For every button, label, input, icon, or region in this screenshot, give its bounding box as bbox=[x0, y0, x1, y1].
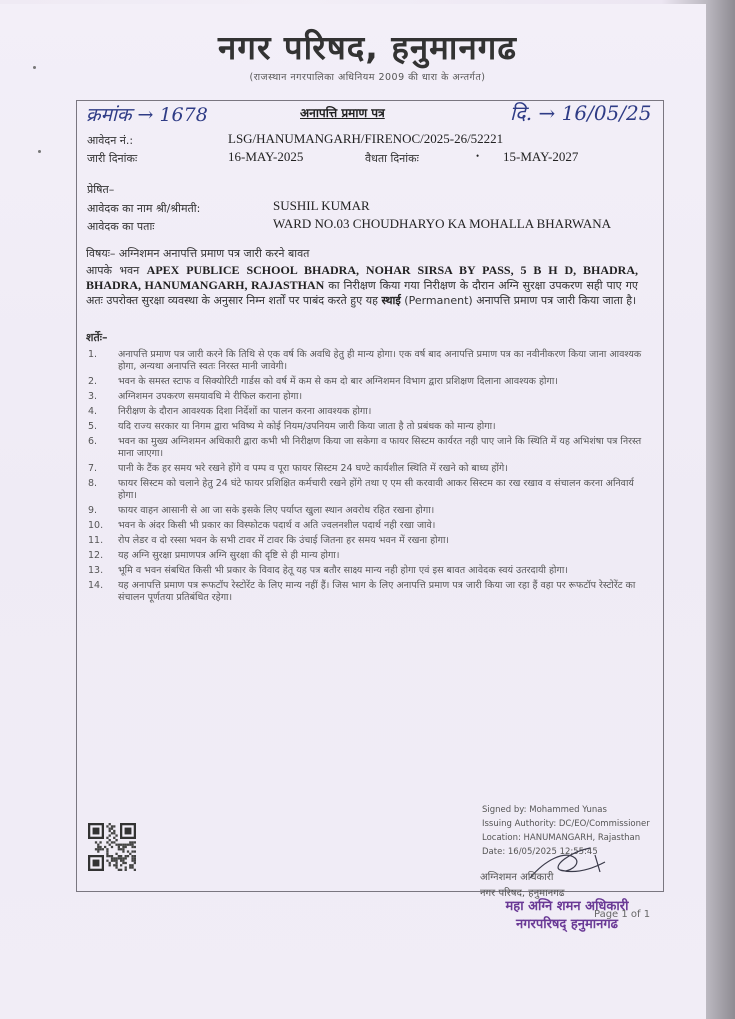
condition-text: भवन के समस्त स्टाफ व सिक्योरिटी गार्डस क… bbox=[118, 376, 646, 388]
issue-date: 16-MAY-2025 bbox=[228, 149, 303, 165]
condition-text: यह अग्नि सुरक्षा प्रमाणपत्र अग्नि सुरक्ष… bbox=[118, 550, 646, 562]
conditions-heading: शर्तेः– bbox=[86, 330, 646, 345]
condition-number: 4. bbox=[86, 406, 118, 418]
condition-text: भूमि व भवन संबधित किसी भी प्रकार के विवा… bbox=[118, 565, 646, 577]
condition-item: 7.पानी के टैंक हर समय भरे रखने होंगे व प… bbox=[86, 463, 646, 475]
condition-text: रोप लेडर व दो रस्सा भवन के सभी टावर में … bbox=[118, 535, 646, 547]
handwritten-serial-number: क्रमांक → 1678 bbox=[86, 101, 208, 127]
condition-number: 12. bbox=[86, 550, 118, 562]
condition-number: 11. bbox=[86, 535, 118, 547]
condition-number: 5. bbox=[86, 421, 118, 433]
application-no-label: आवेदन नं.: bbox=[87, 133, 133, 148]
officer-title: अग्निशमन अधिकारी bbox=[480, 870, 565, 886]
certificate-body: आपके भवन APEX PUBLICE SCHOOL BHADRA, NOH… bbox=[86, 263, 638, 308]
condition-number: 6. bbox=[86, 436, 118, 460]
condition-text: फायर सिस्टम को चलाने हेतु 24 घंटे फायर प… bbox=[118, 478, 646, 502]
validity-date: 15-MAY-2027 bbox=[503, 149, 578, 165]
issuing-authority: Issuing Authority: DC/EO/Commissioner bbox=[482, 817, 650, 831]
condition-number: 1. bbox=[86, 349, 118, 373]
condition-item: 14.यह अनापत्ति प्रमाण पत्र रूफटॉप रेस्टो… bbox=[86, 580, 646, 604]
condition-text: निरीक्षण के दौरान आवश्यक दिशा निर्देशों … bbox=[118, 406, 646, 418]
condition-item: 13.भूमि व भवन संबधित किसी भी प्रकार के व… bbox=[86, 565, 646, 577]
applicant-address-label: आवेदक का पताः bbox=[87, 219, 155, 234]
qr-code-icon bbox=[88, 823, 136, 871]
condition-item: 4.निरीक्षण के दौरान आवश्यक दिशा निर्देशो… bbox=[86, 406, 646, 418]
subject-line: विषयः– अग्निशमन अनापत्ति प्रमाण पत्र जार… bbox=[86, 246, 638, 261]
body-prefix: आपके भवन bbox=[86, 264, 139, 277]
condition-number: 13. bbox=[86, 565, 118, 577]
handwritten-date: दि. → 16/05/25 bbox=[510, 99, 651, 126]
application-no: LSG/HANUMANGARH/FIRENOC/2025-26/52221 bbox=[228, 131, 503, 147]
scan-speck bbox=[38, 150, 41, 153]
conditions-list: 1.अनापत्ति प्रमाण पत्र जारी करने कि तिथि… bbox=[86, 349, 646, 604]
condition-number: 2. bbox=[86, 376, 118, 388]
condition-text: पानी के टैंक हर समय भरे रखने होंगे व पम्… bbox=[118, 463, 646, 475]
condition-number: 10. bbox=[86, 520, 118, 532]
condition-item: 12.यह अग्नि सुरक्षा प्रमाणपत्र अग्नि सुर… bbox=[86, 550, 646, 562]
office-subtitle: (राजस्थान नगरपालिका अधिनियम 2009 की धारा… bbox=[0, 70, 735, 83]
bullet: • bbox=[476, 151, 479, 161]
condition-text: फायर वाहन आसानी से आ जा सके इसके लिए पर्… bbox=[118, 505, 646, 517]
body-suffix: (Permanent) अनापत्ति प्रमाण पत्र जारी कि… bbox=[404, 294, 636, 307]
condition-text: भवन के अंदर किसी भी प्रकार का विस्फोटक प… bbox=[118, 520, 646, 532]
validity-date-label: वैधता दिनांकः bbox=[365, 151, 419, 166]
condition-item: 5.यदि राज्य सरकार या निगम द्वारा भविष्य … bbox=[86, 421, 646, 433]
condition-item: 2.भवन के समस्त स्टाफ व सिक्योरिटी गार्डस… bbox=[86, 376, 646, 388]
condition-item: 6.भवन का मुख्य अग्निशमन अधिकारी द्वारा क… bbox=[86, 436, 646, 460]
condition-text: यह अनापत्ति प्रमाण पत्र रूफटॉप रेस्टोरें… bbox=[118, 580, 646, 604]
applicant-name: SUSHIL KUMAR bbox=[273, 198, 370, 214]
condition-item: 11.रोप लेडर व दो रस्सा भवन के सभी टावर म… bbox=[86, 535, 646, 547]
condition-number: 14. bbox=[86, 580, 118, 604]
condition-number: 3. bbox=[86, 391, 118, 403]
page-number: Page 1 of 1 bbox=[594, 909, 650, 920]
condition-text: यदि राज्य सरकार या निगम द्वारा भविष्य मे… bbox=[118, 421, 646, 433]
sent-to-label: प्रेषित– bbox=[87, 182, 114, 197]
conditions-section: शर्तेः– 1.अनापत्ति प्रमाण पत्र जारी करने… bbox=[86, 330, 646, 607]
condition-number: 9. bbox=[86, 505, 118, 517]
condition-item: 10.भवन के अंदर किसी भी प्रकार का विस्फोट… bbox=[86, 520, 646, 532]
issue-date-label: जारी दिनांकः bbox=[87, 151, 137, 166]
condition-item: 8.फायर सिस्टम को चलाने हेतु 24 घंटे फायर… bbox=[86, 478, 646, 502]
condition-number: 7. bbox=[86, 463, 118, 475]
condition-item: 1.अनापत्ति प्रमाण पत्र जारी करने कि तिथि… bbox=[86, 349, 646, 373]
condition-text: अनापत्ति प्रमाण पत्र जारी करने कि तिथि स… bbox=[118, 349, 646, 373]
condition-text: भवन का मुख्य अग्निशमन अधिकारी द्वारा कभी… bbox=[118, 436, 646, 460]
permanent-label: स्थाई bbox=[381, 294, 400, 307]
condition-item: 3.अग्निशमन उपकरण समयावधि मे रीफिल कराना … bbox=[86, 391, 646, 403]
condition-item: 9.फायर वाहन आसानी से आ जा सके इसके लिए प… bbox=[86, 505, 646, 517]
condition-text: अग्निशमन उपकरण समयावधि मे रीफिल कराना हो… bbox=[118, 391, 646, 403]
office-title: नगर परिषद, हनुमानगढ bbox=[0, 24, 735, 69]
condition-number: 8. bbox=[86, 478, 118, 502]
applicant-name-label: आवेदक का नाम श्री/श्रीमती: bbox=[87, 201, 200, 216]
certificate-title: अनापत्ति प्रमाण पत्र bbox=[300, 104, 385, 121]
signed-by: Signed by: Mohammed Yunas bbox=[482, 803, 650, 817]
applicant-address: WARD NO.03 CHOUDHARYO KA MOHALLA BHARWAN… bbox=[273, 216, 611, 232]
